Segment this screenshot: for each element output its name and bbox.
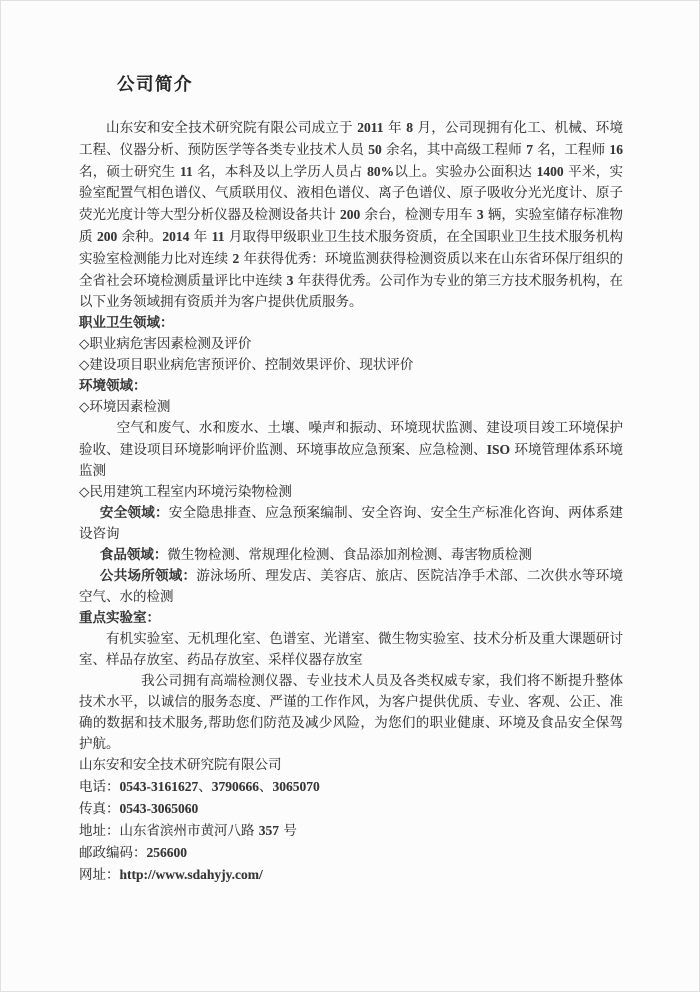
latin-text: 3 — [287, 273, 294, 288]
list-item: ◇职业病危害因素检测及评价 — [79, 334, 623, 355]
document-body: 山东安和安全技术研究院有限公司成立于 2011 年 8 月，公司现拥有化工、机械… — [79, 117, 623, 886]
latin-text: 2014 — [162, 229, 189, 244]
latin-text: 80% — [367, 164, 394, 179]
latin-text: ISO — [487, 442, 510, 457]
page-title: 公司简介 — [117, 73, 623, 97]
latin-text: 50 — [368, 142, 382, 157]
latin-text: 11 — [212, 229, 225, 244]
latin-text: 0543-3065060 — [120, 801, 199, 816]
latin-text: 200 — [97, 229, 117, 244]
labeled-paragraph: 公共场所领域：游泳场所、理发店、美容店、旅店、医院洁净手术部、二次供水等环境空气… — [79, 566, 623, 608]
section-heading: 重点实验室： — [79, 608, 623, 629]
scanned-document-page: 公司简介 山东安和安全技术研究院有限公司成立于 2011 年 8 月，公司现拥有… — [0, 0, 700, 992]
latin-text: 3 — [477, 207, 484, 222]
section-label: 食品领域： — [100, 547, 168, 563]
contact-line: 邮政编码：256600 — [79, 842, 623, 864]
document-content: 公司简介 山东安和安全技术研究院有限公司成立于 2011 年 8 月，公司现拥有… — [1, 1, 699, 886]
section-heading: 环境领域： — [79, 376, 623, 397]
section-label: 安全领域： — [100, 505, 169, 521]
list-item: ◇建设项目职业病危害预评价、控制效果评价、现状评价 — [79, 355, 623, 376]
paragraph: 空气和废气、水和废水、土壤、噪声和振动、环境现状监测、建设项目竣工环境保护验收、… — [79, 418, 623, 482]
contact-line: 地址：山东省滨州市黄河八路 357 号 — [79, 820, 623, 842]
latin-text: 3790666 — [212, 779, 259, 794]
contact-line: 电话：0543-3161627、3790666、3065070 — [79, 776, 623, 798]
latin-text: 357 — [259, 823, 279, 838]
latin-text: 11 — [180, 164, 193, 179]
contact-line: 传真：0543-3065060 — [79, 798, 623, 820]
section-heading: 职业卫生领域： — [79, 313, 623, 334]
latin-text: 3065070 — [273, 779, 320, 794]
latin-text: 0543-3161627 — [120, 779, 199, 794]
latin-text: 16 — [610, 142, 624, 157]
paragraph: 我公司拥有高端检测仪器、专业技术人员及各类权威专家，我们将不断提升整体技术水平，… — [79, 671, 623, 755]
latin-text: 8 — [406, 120, 413, 135]
contact-line: 山东安和安全技术研究院有限公司 — [79, 755, 623, 776]
latin-text: http://www.sdahyjy.com/ — [120, 867, 263, 882]
latin-text: 200 — [340, 207, 360, 222]
latin-text: 256600 — [147, 845, 188, 860]
labeled-paragraph: 安全领域：安全隐患排查、应急预案编制、安全咨询、安全生产标准化咨询、两体系建设咨… — [79, 503, 623, 545]
list-item: ◇环境因素检测 — [79, 397, 623, 418]
latin-text: 1400 — [537, 164, 564, 179]
labeled-paragraph: 食品领域：微生物检测、常规理化检测、食品添加剂检测、毒害物质检测 — [79, 545, 623, 566]
paragraph: 有机实验室、无机理化室、色谱室、光谱室、微生物实验室、技术分析及重大课题研讨室、… — [79, 629, 623, 671]
section-label: 公共场所领域： — [100, 568, 196, 584]
list-item: ◇民用建筑工程室内环境污染物检测 — [79, 482, 623, 503]
latin-text: 7 — [526, 142, 533, 157]
paragraph: 山东安和安全技术研究院有限公司成立于 2011 年 8 月，公司现拥有化工、机械… — [79, 117, 623, 313]
contact-line: 网址：http://www.sdahyjy.com/ — [79, 864, 623, 886]
latin-text: 2 — [232, 251, 239, 266]
latin-text: 2011 — [357, 120, 383, 135]
